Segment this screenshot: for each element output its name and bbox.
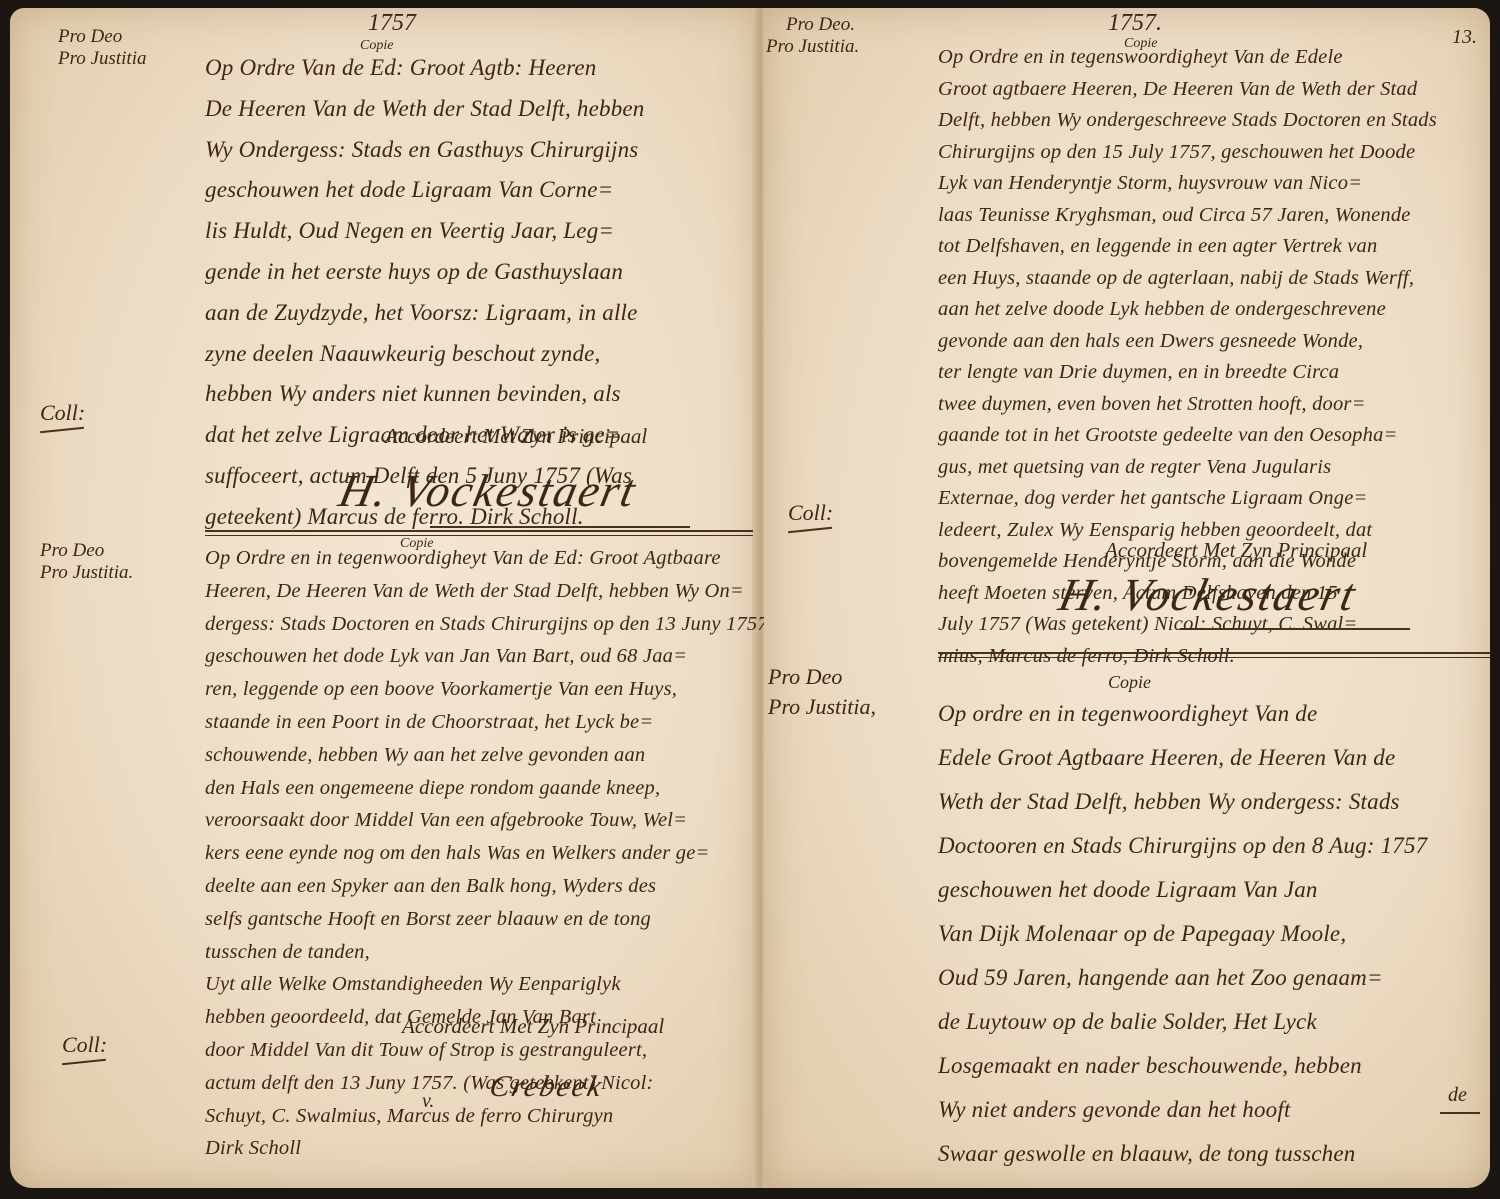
left-entry2-signature-prefix: v. — [422, 1090, 434, 1113]
text-line: geschouwen het dode Lyk van Jan Van Bart… — [205, 640, 768, 673]
left-entry2-margin: Pro Deo Pro Justitia. — [40, 540, 133, 584]
text-line: Swaar geswolle en blaauw, de tong tussch… — [938, 1132, 1427, 1176]
left-entry1-signature: H. Vockestaert — [334, 464, 642, 517]
signature-underline — [430, 526, 690, 528]
text-line: Van Dijk Molenaar op de Papegaay Moole, — [938, 912, 1427, 956]
text-line: twee duymen, even boven het Strotten hoo… — [938, 389, 1437, 421]
text-line: Oud 59 Jaren, hangende aan het Zoo genaa… — [938, 956, 1427, 1000]
text-line: aan de Zuydzyde, het Voorsz: Ligraam, in… — [205, 293, 645, 334]
text-line: tot Delfshaven, en leggende in een agter… — [938, 231, 1437, 263]
text-line: actum delft den 13 Juny 1757. (Was getee… — [205, 1067, 768, 1100]
page-number: 13. — [1452, 26, 1477, 49]
text-line: Heeren, De Heeren Van de Weth der Stad D… — [205, 575, 768, 608]
margin-pro-deo: Pro Deo — [40, 540, 133, 562]
text-line: aan het zelve doode Lyk hebben de onderg… — [938, 294, 1437, 326]
text-line: De Heeren Van de Weth der Stad Delft, he… — [205, 89, 645, 130]
text-line: Delft, hebben Wy ondergeschreeve Stads D… — [938, 105, 1437, 137]
text-line: hebben Wy anders niet kunnen bevinden, a… — [205, 374, 645, 415]
margin-pro-justitia: Pro Justitia. — [40, 562, 133, 584]
margin-pro-deo: Pro Deo — [58, 26, 147, 48]
text-line: gevonde aan den hals een Dwers gesneede … — [938, 326, 1437, 358]
text-line: Chirurgijns op den 15 July 1757, geschou… — [938, 137, 1437, 169]
entry-divider-rule — [938, 652, 1490, 658]
text-line: de Luytouw op de balie Solder, Het Lyck — [938, 1000, 1427, 1044]
text-line: ren, leggende op een boove Voorkamertje … — [205, 673, 768, 706]
catchword: de — [1448, 1084, 1467, 1107]
right-entry1-margin: Pro Deo. Pro Justitia. — [766, 14, 859, 58]
text-line: Wy Ondergess: Stads en Gasthuys Chirurgi… — [205, 130, 645, 171]
text-line: Edele Groot Agtbaare Heeren, de Heeren V… — [938, 736, 1427, 780]
right-entry1-coll: Coll: — [788, 500, 833, 526]
entry-divider-rule — [205, 530, 753, 536]
margin-pro-deo: Pro Deo. — [766, 14, 859, 36]
left-entry1-margin: Pro Deo Pro Justitia — [58, 26, 147, 70]
left-entry1-coll: Coll: — [40, 400, 85, 426]
margin-pro-justitia: Pro Justitia — [58, 48, 147, 70]
text-line: lis Huldt, Oud Negen en Veertig Jaar, Le… — [205, 211, 645, 252]
text-line: zyne deelen Naauwkeurig beschout zynde, — [205, 334, 645, 375]
margin-pro-deo: Pro Deo — [768, 662, 876, 692]
text-line: Schuyt, C. Swalmius, Marcus de ferro Chi… — [205, 1100, 768, 1133]
text-line: Dirk Scholl — [205, 1132, 768, 1165]
text-line: den Hals een ongemeene diepe rondom gaan… — [205, 772, 768, 805]
text-line: ter lengte van Drie duymen, en in breedt… — [938, 357, 1437, 389]
margin-pro-justitia: Pro Justitia, — [768, 692, 876, 722]
text-line: Op Ordre en in tegenwoordigheyt Van de E… — [205, 542, 768, 575]
text-line: geschouwen het dode Ligraam Van Corne= — [205, 170, 645, 211]
text-line: Losgemaakt en nader beschouwende, hebben — [938, 1044, 1427, 1088]
left-entry2-signature: Crebeek — [486, 1070, 606, 1104]
text-line: Doctooren en Stads Chirurgijns op den 8 … — [938, 824, 1427, 868]
text-line: gaande tot in het Grootste gedeelte van … — [938, 420, 1437, 452]
right-year: 1757. — [1108, 10, 1162, 37]
text-line: dergess: Stads Doctoren en Stads Chirurg… — [205, 608, 768, 641]
right-entry2-margin: Pro Deo Pro Justitia, — [768, 662, 876, 722]
text-line: Op Ordre Van de Ed: Groot Agtb: Heeren — [205, 48, 645, 89]
left-entry2-accordeert: Accordeert Met Zyn Principaal — [402, 1014, 664, 1039]
text-line: schouwende, hebben Wy aan het zelve gevo… — [205, 739, 768, 772]
left-entry2-coll: Coll: — [62, 1032, 107, 1058]
manuscript-spread: Pro Deo Pro Justitia 1757 Copie Op Ordre… — [0, 0, 1500, 1199]
right-entry2-copie: Copie — [1108, 672, 1151, 693]
left-entry2-body: Op Ordre en in tegenwoordigheyt Van de E… — [205, 542, 768, 1165]
text-line: kers eene eynde nog om den hals Was en W… — [205, 837, 768, 870]
text-line: gus, met quetsing van de regter Vena Jug… — [938, 452, 1437, 484]
text-line: Weth der Stad Delft, hebben Wy ondergess… — [938, 780, 1427, 824]
text-line: Op Ordre en in tegenswoordigheyt Van de … — [938, 42, 1437, 74]
text-line: Groot agtbaere Heeren, De Heeren Van de … — [938, 74, 1437, 106]
text-line: staande in een Poort in de Choorstraat, … — [205, 706, 768, 739]
catchword-rule — [1440, 1112, 1480, 1114]
text-line: deelte aan een Spyker aan den Balk hong,… — [205, 870, 768, 903]
text-line: tusschen de tanden, — [205, 936, 768, 969]
left-year: 1757 — [368, 10, 416, 37]
right-entry2-body: Op ordre en in tegenwoordigheyt Van de E… — [938, 692, 1427, 1176]
text-line: selfs gantsche Hooft en Borst zeer blaau… — [205, 903, 768, 936]
left-entry1-accordeert: Accordeert Met Zyn Principaal — [385, 424, 647, 449]
signature-underline — [1180, 628, 1410, 630]
text-line: geschouwen het doode Ligraam Van Jan — [938, 868, 1427, 912]
text-line: Wy niet anders gevonde dan het hooft — [938, 1088, 1427, 1132]
margin-pro-justitia: Pro Justitia. — [766, 36, 859, 58]
text-line: een Huys, staande op de agterlaan, nabij… — [938, 263, 1437, 295]
right-entry1-signature: H. Vockestaert — [1054, 568, 1362, 621]
text-line: veroorsaakt door Middel Van een afgebroo… — [205, 804, 768, 837]
text-line: laas Teunisse Kryghsman, oud Circa 57 Ja… — [938, 200, 1437, 232]
text-line: Uyt alle Welke Omstandigheeden Wy Eenpar… — [205, 968, 768, 1001]
text-line: Lyk van Henderyntje Storm, huysvrouw van… — [938, 168, 1437, 200]
text-line: Externae, dog verder het gantsche Ligraa… — [938, 483, 1437, 515]
right-entry1-accordeert: Accordeert Met Zyn Principaal — [1105, 538, 1367, 563]
text-line: Op ordre en in tegenwoordigheyt Van de — [938, 692, 1427, 736]
text-line: gende in het eerste huys op de Gasthuysl… — [205, 252, 645, 293]
